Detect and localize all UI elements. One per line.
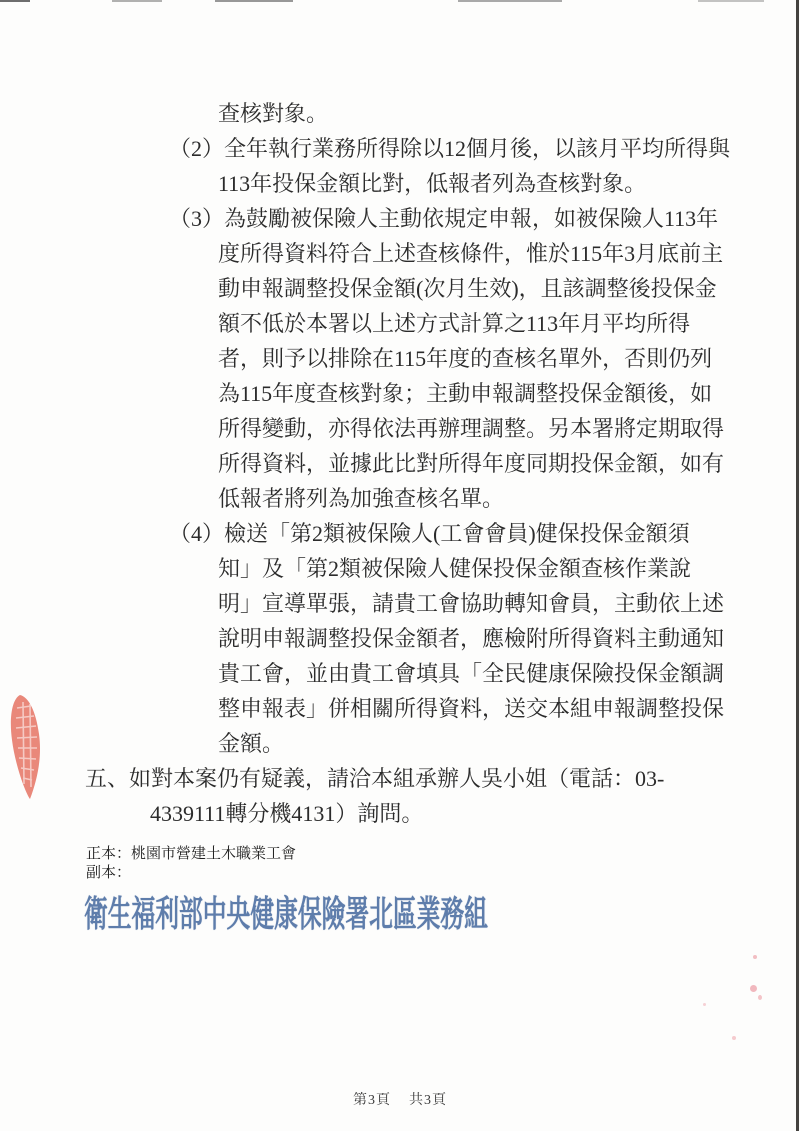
body-line: （3）為鼓勵被保險人主動依規定申報，如被保險人113年 — [0, 201, 800, 236]
body-line: 明」宣導單張，請貴工會協助轉知會員，主動依上述 — [0, 586, 800, 621]
agency-signature: 衛生福利部中央健康保險署北區業務組 — [84, 886, 488, 937]
footer-current-page: 第3頁 — [353, 1089, 391, 1109]
body-line: 所得變動，亦得依法再辦理調整。另本署將定期取得 — [0, 411, 800, 446]
body-line: （4）檢送「第2類被保險人(工會會員)健保投保金額須 — [0, 516, 800, 551]
scan-artifact-top — [0, 0, 30, 2]
scan-artifact-top — [112, 0, 162, 2]
body-line: 金額。 — [0, 726, 800, 761]
body-line: （2）全年執行業務所得除以12個月後，以該月平均所得與 — [0, 131, 800, 166]
body-line: 4339111轉分機4131）詢問。 — [0, 796, 800, 831]
body-line: 貴工會，並由貴工會填具「全民健康保險投保金額調 — [0, 656, 800, 691]
scan-speckle — [703, 1003, 706, 1006]
body-line: 113年投保金額比對，低報者列為查核對象。 — [0, 166, 800, 201]
scanned-document-page: 查核對象。（2）全年執行業務所得除以12個月後，以該月平均所得與113年投保金額… — [0, 0, 800, 1131]
body-line: 查核對象。 — [0, 96, 800, 131]
body-line: 動申報調整投保金額(次月生效)，且該調整後投保金 — [0, 271, 800, 306]
scan-artifact-top — [215, 0, 293, 2]
body-line: 低報者將列為加強查核名單。 — [0, 481, 800, 516]
body-text: 查核對象。（2）全年執行業務所得除以12個月後，以該月平均所得與113年投保金額… — [0, 96, 800, 831]
body-line: 度所得資料符合上述查核條件，惟於115年3月底前主 — [0, 236, 800, 271]
scan-speckle — [750, 985, 757, 992]
recipients-block: 正本：桃園市營建土木職業工會 副本： — [86, 845, 296, 883]
scan-speckle — [758, 995, 762, 1000]
original-recipient: 正本：桃園市營建土木職業工會 — [86, 845, 296, 864]
body-line: 知」及「第2類被保險人健保投保金額查核作業說 — [0, 551, 800, 586]
body-line: 所得資料，並據此比對所得年度同期投保金額，如有 — [0, 446, 800, 481]
body-line: 說明申報調整投保金額者，應檢附所得資料主動通知 — [0, 621, 800, 656]
footer-total-pages: 共3頁 — [409, 1089, 447, 1109]
body-line: 者，則予以排除在115年度的查核名單外，否則仍列 — [0, 341, 800, 376]
body-line: 額不低於本署以上述方式計算之113年月平均所得 — [0, 306, 800, 341]
body-line: 整申報表」併相關所得資料，送交本組申報調整投保 — [0, 691, 800, 726]
body-line: 五、如對本案仍有疑義，請洽本組承辦人吳小姐（電話：03- — [0, 761, 800, 796]
copy-recipient: 副本： — [86, 864, 296, 883]
scan-artifact-top — [698, 0, 764, 2]
scan-speckle — [732, 1036, 736, 1040]
scan-artifact-top — [458, 0, 562, 2]
page-footer: 第3頁共3頁 — [0, 1089, 800, 1109]
body-line: 為115年度查核對象；主動申報調整投保金額後，如 — [0, 376, 800, 411]
scan-speckle — [753, 955, 757, 959]
